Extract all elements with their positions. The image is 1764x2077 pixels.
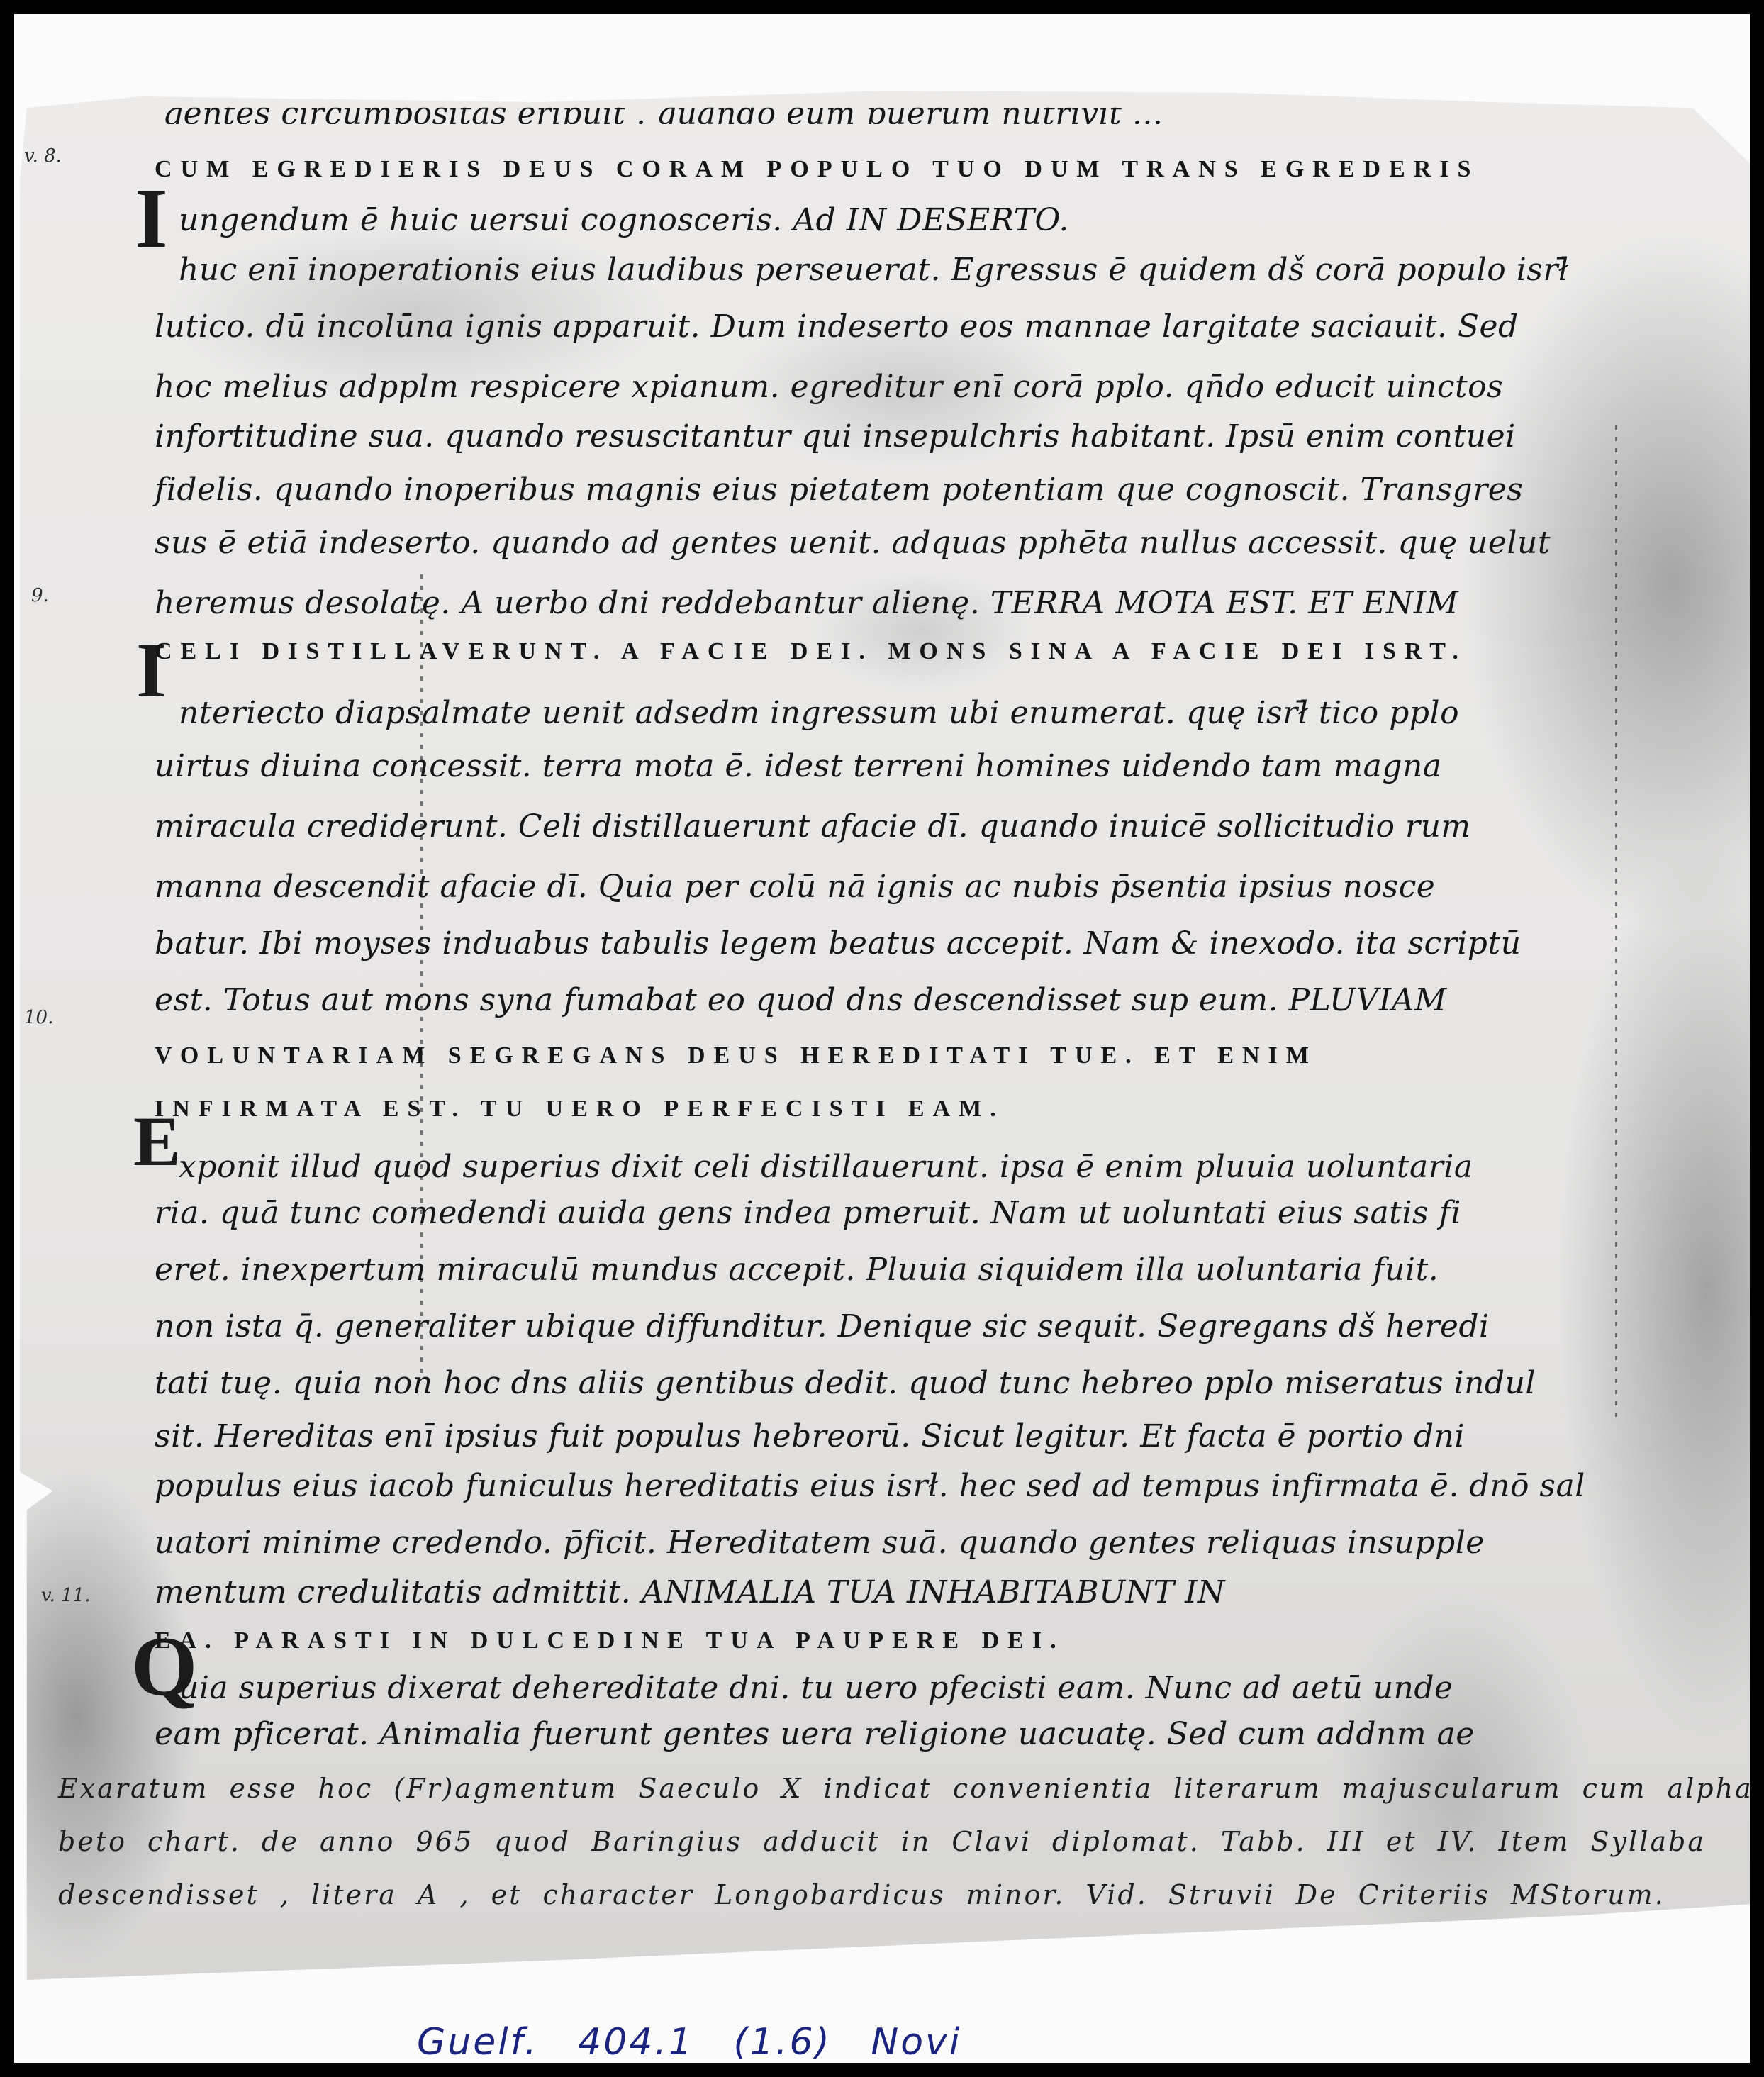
- margin-verse-number: 9.: [31, 585, 49, 606]
- manuscript-line: eret. inexpertum miraculū mundus accepit…: [155, 1252, 1439, 1288]
- manuscript-line-majuscule: INFIRMATA EST. TU UERO PERFECISTI EAM.: [155, 1096, 1005, 1123]
- manuscript-line: batur. Ibi moyses induabus tabulis legem…: [155, 925, 1521, 962]
- manuscript-line: tati tuę. quia non hoc dns aliis gentibu…: [155, 1365, 1536, 1401]
- manuscript-line: ria. quā tunc comedendi auida gens indea…: [155, 1195, 1461, 1231]
- shelfmark-label: Guelf. 404.1 (1.6) Novi: [417, 2021, 961, 2063]
- manuscript-line-majuscule: CELI DISTILLAVERUNT. A FACIE DEI. MONS S…: [155, 638, 1467, 665]
- manuscript-line: heremus desolatę. A uerbo dni reddebantu…: [155, 585, 1458, 621]
- manuscript-line: infortitudine sua. quando resuscitantur …: [155, 418, 1516, 455]
- manuscript-line: huc enī inoperationis eius laudibus pers…: [179, 252, 1569, 288]
- manuscript-line: xponit illud quod superius dixit celi di…: [179, 1149, 1473, 1185]
- manuscript-line: mentum credulitatis admittit. ANIMALIA T…: [155, 1574, 1225, 1610]
- margin-verse-number: v. 8.: [24, 145, 62, 167]
- manuscript-line: nteriecto diapsalmate uenit adsedm ingre…: [179, 695, 1459, 731]
- manuscript-line: ungendum ē huic uersui cognosceris. Ad I…: [179, 202, 1069, 238]
- manuscript-line: miracula crediderunt. Celi distillauerun…: [155, 808, 1471, 845]
- annotation-line: beto chart. de anno 965 quod Baringius a…: [58, 1826, 1706, 1857]
- manuscript-line: uatori minime credendo. p̄ficit. Heredit…: [155, 1525, 1485, 1561]
- manuscript-line-majuscule: EA. PARASTI IN DULCEDINE TUA PAUPERE DEI…: [155, 1627, 1065, 1654]
- margin-verse-number: v. 11.: [41, 1585, 90, 1606]
- drop-capital: I: [135, 176, 168, 261]
- photograph-frame: v. 8. 9. 10. v. 11. I I E Q gentes circu…: [14, 14, 1750, 2063]
- manuscript-line-majuscule: VOLUNTARIAM SEGREGANS DEUS HEREDITATI TU…: [155, 1042, 1317, 1069]
- annotation-line: Exaratum esse hoc (Fr)agmentum Saeculo X…: [58, 1773, 1750, 1804]
- fold-crease: [1615, 425, 1617, 1418]
- manuscript-line: fidelis. quando inoperibus magnis eius p…: [155, 472, 1523, 508]
- manuscript-line: lutico. dū incolūna ignis apparuit. Dum …: [155, 308, 1519, 345]
- manuscript-line: est. Totus aut mons syna fumabat eo quod…: [155, 982, 1447, 1018]
- manuscript-line: hoc melius adpplm respicere xpianum. egr…: [155, 369, 1503, 405]
- manuscript-line: populus eius iacob funiculus hereditatis…: [155, 1468, 1585, 1504]
- manuscript-line: manna descendit afacie dī. Quia per colū…: [155, 869, 1435, 905]
- manuscript-line: non ista q̄. generaliter ubique diffundi…: [155, 1308, 1490, 1344]
- manuscript-line: sit. Hereditas enī ipsius fuit populus h…: [155, 1418, 1465, 1454]
- manuscript-line-majuscule: CUM EGREDIERIS DEUS CORAM POPULO TUO DUM…: [155, 156, 1479, 183]
- manuscript-line: eam pficerat. Animalia fuerunt gentes ue…: [155, 1716, 1475, 1752]
- manuscript-line: sus ē etiā indeserto. quando ad gentes u…: [155, 525, 1551, 561]
- margin-verse-number: 10.: [24, 1007, 53, 1028]
- manuscript-line: uia superius dixerat dehereditate dni. t…: [179, 1670, 1453, 1706]
- manuscript-line: uirtus diuina concessit. terra mota ē. i…: [155, 748, 1442, 784]
- annotation-line: descendisset , litera A , et character L…: [58, 1879, 1665, 1910]
